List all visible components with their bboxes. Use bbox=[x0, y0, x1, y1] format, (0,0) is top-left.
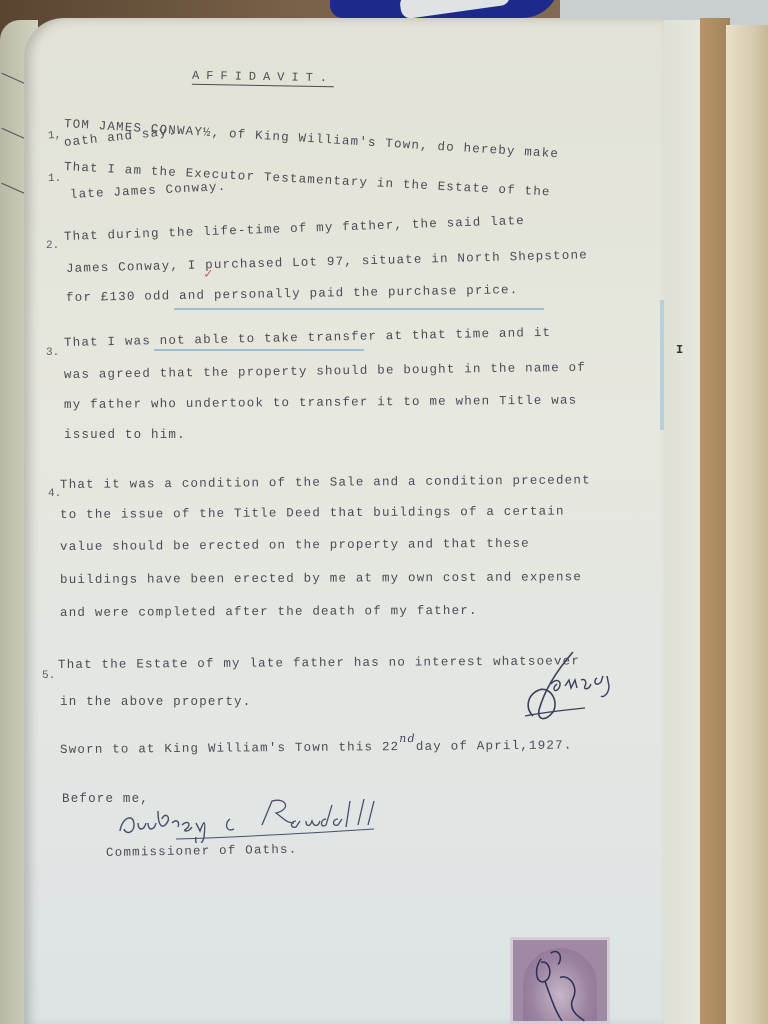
paragraph-line: value should be erected on the property … bbox=[60, 537, 530, 554]
blue-pencil-underline bbox=[174, 308, 544, 310]
document-title: AFFIDAVIT. bbox=[192, 69, 334, 87]
sworn-prefix: Sworn to at King William's Town this 22 bbox=[60, 740, 399, 757]
blue-crayon-mark bbox=[660, 300, 664, 430]
paragraph-line: That it was a condition of the Sale and … bbox=[60, 473, 591, 492]
paragraph-line: in the above property. bbox=[60, 695, 251, 709]
paragraph-line: issued to him. bbox=[64, 428, 186, 442]
paragraph-line: That the Estate of my late father has no… bbox=[58, 654, 580, 672]
paragraph-line: late James Conway. bbox=[70, 180, 227, 202]
sworn-statement: Sworn to at King William's Town this 22n… bbox=[60, 739, 573, 757]
margin-mark: I bbox=[676, 343, 683, 357]
stamp-cancellation-scribble bbox=[513, 940, 607, 1022]
red-pencil-mark: ✓ bbox=[204, 266, 212, 283]
affidavit-page: AFFIDAVIT. 1, TOM JAMES CONWAY½, of King… bbox=[24, 18, 664, 1024]
object-label bbox=[399, 0, 511, 20]
paragraph-line: and were completed after the death of my… bbox=[60, 604, 478, 620]
paragraph-line: buildings have been erected by me at my … bbox=[60, 570, 582, 587]
paragraph-line: to the issue of the Title Deed that buil… bbox=[60, 504, 565, 522]
commissioner-title: Commissioner of Oaths. bbox=[106, 843, 298, 860]
paragraph-number: 3. bbox=[46, 347, 59, 359]
paragraph-number: 1. bbox=[48, 173, 61, 185]
paragraph-line: was agreed that the property should be b… bbox=[64, 361, 586, 382]
aged-pages-stack bbox=[726, 25, 768, 1024]
revenue-stamp bbox=[510, 937, 610, 1024]
blue-object-top bbox=[330, 0, 560, 18]
paragraph-line: That I was not able to take transfer at … bbox=[64, 326, 551, 350]
paragraph-line: for £130 odd and personally paid the pur… bbox=[66, 283, 519, 305]
commissioner-signature bbox=[112, 795, 442, 843]
paragraph-line: That during the life-time of my father, … bbox=[64, 214, 525, 244]
sworn-suffix: day of April,1927. bbox=[416, 739, 573, 754]
handwritten-date-suffix: nd bbox=[399, 732, 416, 745]
paragraph-number: 2. bbox=[46, 240, 59, 252]
paragraph-line: my father who undertook to transfer it t… bbox=[64, 394, 577, 412]
paragraph-line: James Conway, I purchased Lot 97, situat… bbox=[66, 248, 588, 276]
deponent-signature bbox=[515, 650, 625, 725]
opening-number: 1, bbox=[47, 129, 61, 142]
paragraph-number: 5. bbox=[42, 670, 55, 682]
blue-pencil-underline bbox=[154, 349, 364, 351]
